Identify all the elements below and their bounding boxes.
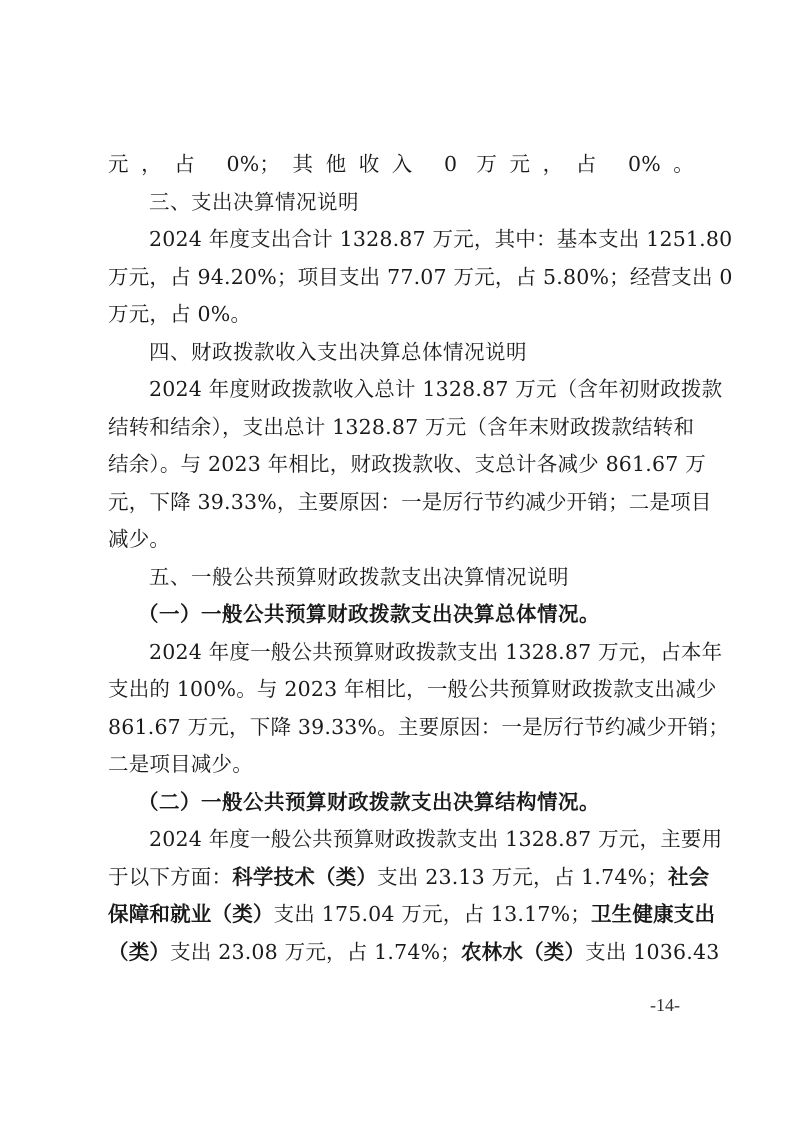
section-4-line-4: 元，下降 39.33%，主要原因：一是厉行节约减少开销；二是项目 [108,484,694,522]
category-health-start: 卫生健康支出 [591,902,715,926]
section-3-line-1: 2024 年度支出合计 1328.87 万元，其中：基本支出 1251.80 [108,221,694,259]
subsection-1-heading: （一）一般公共预算财政拨款支出决算总体情况。 [108,596,694,634]
line-2-prefix: 于以下方面： [108,865,232,889]
science-tech-amount: 支出 23.13 万元，占 1.74%； [377,865,668,889]
agriculture-amount: 支出 1036.43 [585,940,719,964]
social-security-amount: 支出 175.04 万元，占 13.17%； [274,902,591,926]
category-social-security-start: 社会 [668,865,709,889]
section-4-line-5: 减少。 [108,521,694,559]
section-5-heading: 五、一般公共预算财政拨款支出决算情况说明 [108,559,694,597]
subsection-2-line-4: （类）支出 23.08 万元，占 1.74%；农林水（类）支出 1036.43 [108,934,694,972]
subsection-2-line-1: 2024 年度一般公共预算财政拨款支出 1328.87 万元，主要用 [108,821,694,859]
section-4-line-1: 2024 年度财政拨款收入总计 1328.87 万元（含年初财政拨款 [108,371,694,409]
subsection-1-line-2: 支出的 100%。与 2023 年相比，一般公共预算财政拨款支出减少 [108,671,694,709]
subsection-2-line-3: 保障和就业（类）支出 175.04 万元，占 13.17%；卫生健康支出 [108,896,694,934]
category-agriculture: 农林水（类） [461,940,585,964]
category-social-security-end: 保障和就业（类） [108,902,274,926]
section-3-heading: 三、支出决算情况说明 [108,184,694,222]
subsection-1-line-4: 二是项目减少。 [108,746,694,784]
section-3-line-3: 万元，占 0%。 [108,296,694,334]
page-number: -14- [650,995,680,1016]
subsection-2-heading: （二）一般公共预算财政拨款支出决算结构情况。 [108,784,694,822]
paragraph-continuation: 元，占 0%；其他收入 0 万元，占 0%。 [108,146,694,184]
subsection-2-line-2: 于以下方面：科学技术（类）支出 23.13 万元，占 1.74%；社会 [108,859,694,897]
category-science-tech: 科学技术（类） [232,865,377,889]
section-3-line-2: 万元，占 94.20%；项目支出 77.07 万元，占 5.80%；经营支出 0 [108,259,694,297]
subsection-1-line-1: 2024 年度一般公共预算财政拨款支出 1328.87 万元，占本年 [108,634,694,672]
category-health-end: （类） [108,940,170,964]
section-4-line-2: 结转和结余），支出总计 1328.87 万元（含年末财政拨款结转和 [108,409,694,447]
section-4-heading: 四、财政拨款收入支出决算总体情况说明 [108,334,694,372]
document-page: 元，占 0%；其他收入 0 万元，占 0%。 三、支出决算情况说明 2024 年… [108,146,694,971]
subsection-1-line-3: 861.67 万元，下降 39.33%。主要原因：一是厉行节约减少开销； [108,709,694,747]
health-amount: 支出 23.08 万元，占 1.74%； [170,940,461,964]
section-4-line-3: 结余）。与 2023 年相比，财政拨款收、支总计各减少 861.67 万 [108,446,694,484]
